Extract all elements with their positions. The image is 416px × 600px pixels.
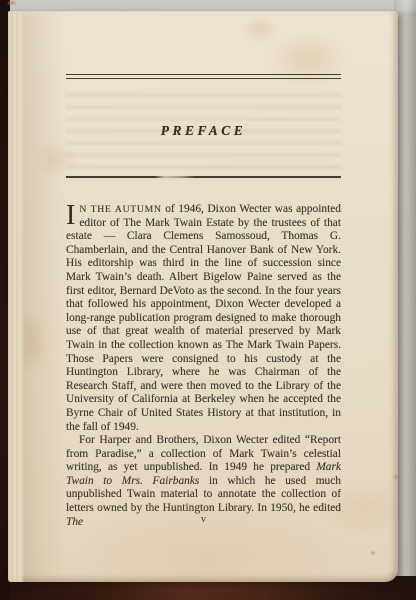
cover-corner-speck [7,0,17,6]
page-gutter-edges [8,11,24,582]
book-photo: PREFACE IN THE AUTUMN of 1946, Dixon Wec… [0,0,416,600]
page-number: v [66,514,341,525]
preface-body: IN THE AUTUMN of 1946, Dixon Wecter was … [66,203,341,529]
double-rule [66,74,341,79]
opening-small-caps: N THE AUTUMN [79,204,161,215]
single-rule [66,176,341,178]
chapter-title: PREFACE [66,123,341,139]
paragraph-1-text: of 1946, Dixon Wecter was appointed edit… [66,203,341,433]
book-page: PREFACE IN THE AUTUMN of 1946, Dixon Wec… [8,11,398,582]
preface-paragraph-1: IN THE AUTUMN of 1946, Dixon Wecter was … [66,203,341,434]
paragraph-2-text: For Harper and Brothers, Dixon Wecter ed… [66,434,341,473]
drop-cap: I [66,203,79,228]
